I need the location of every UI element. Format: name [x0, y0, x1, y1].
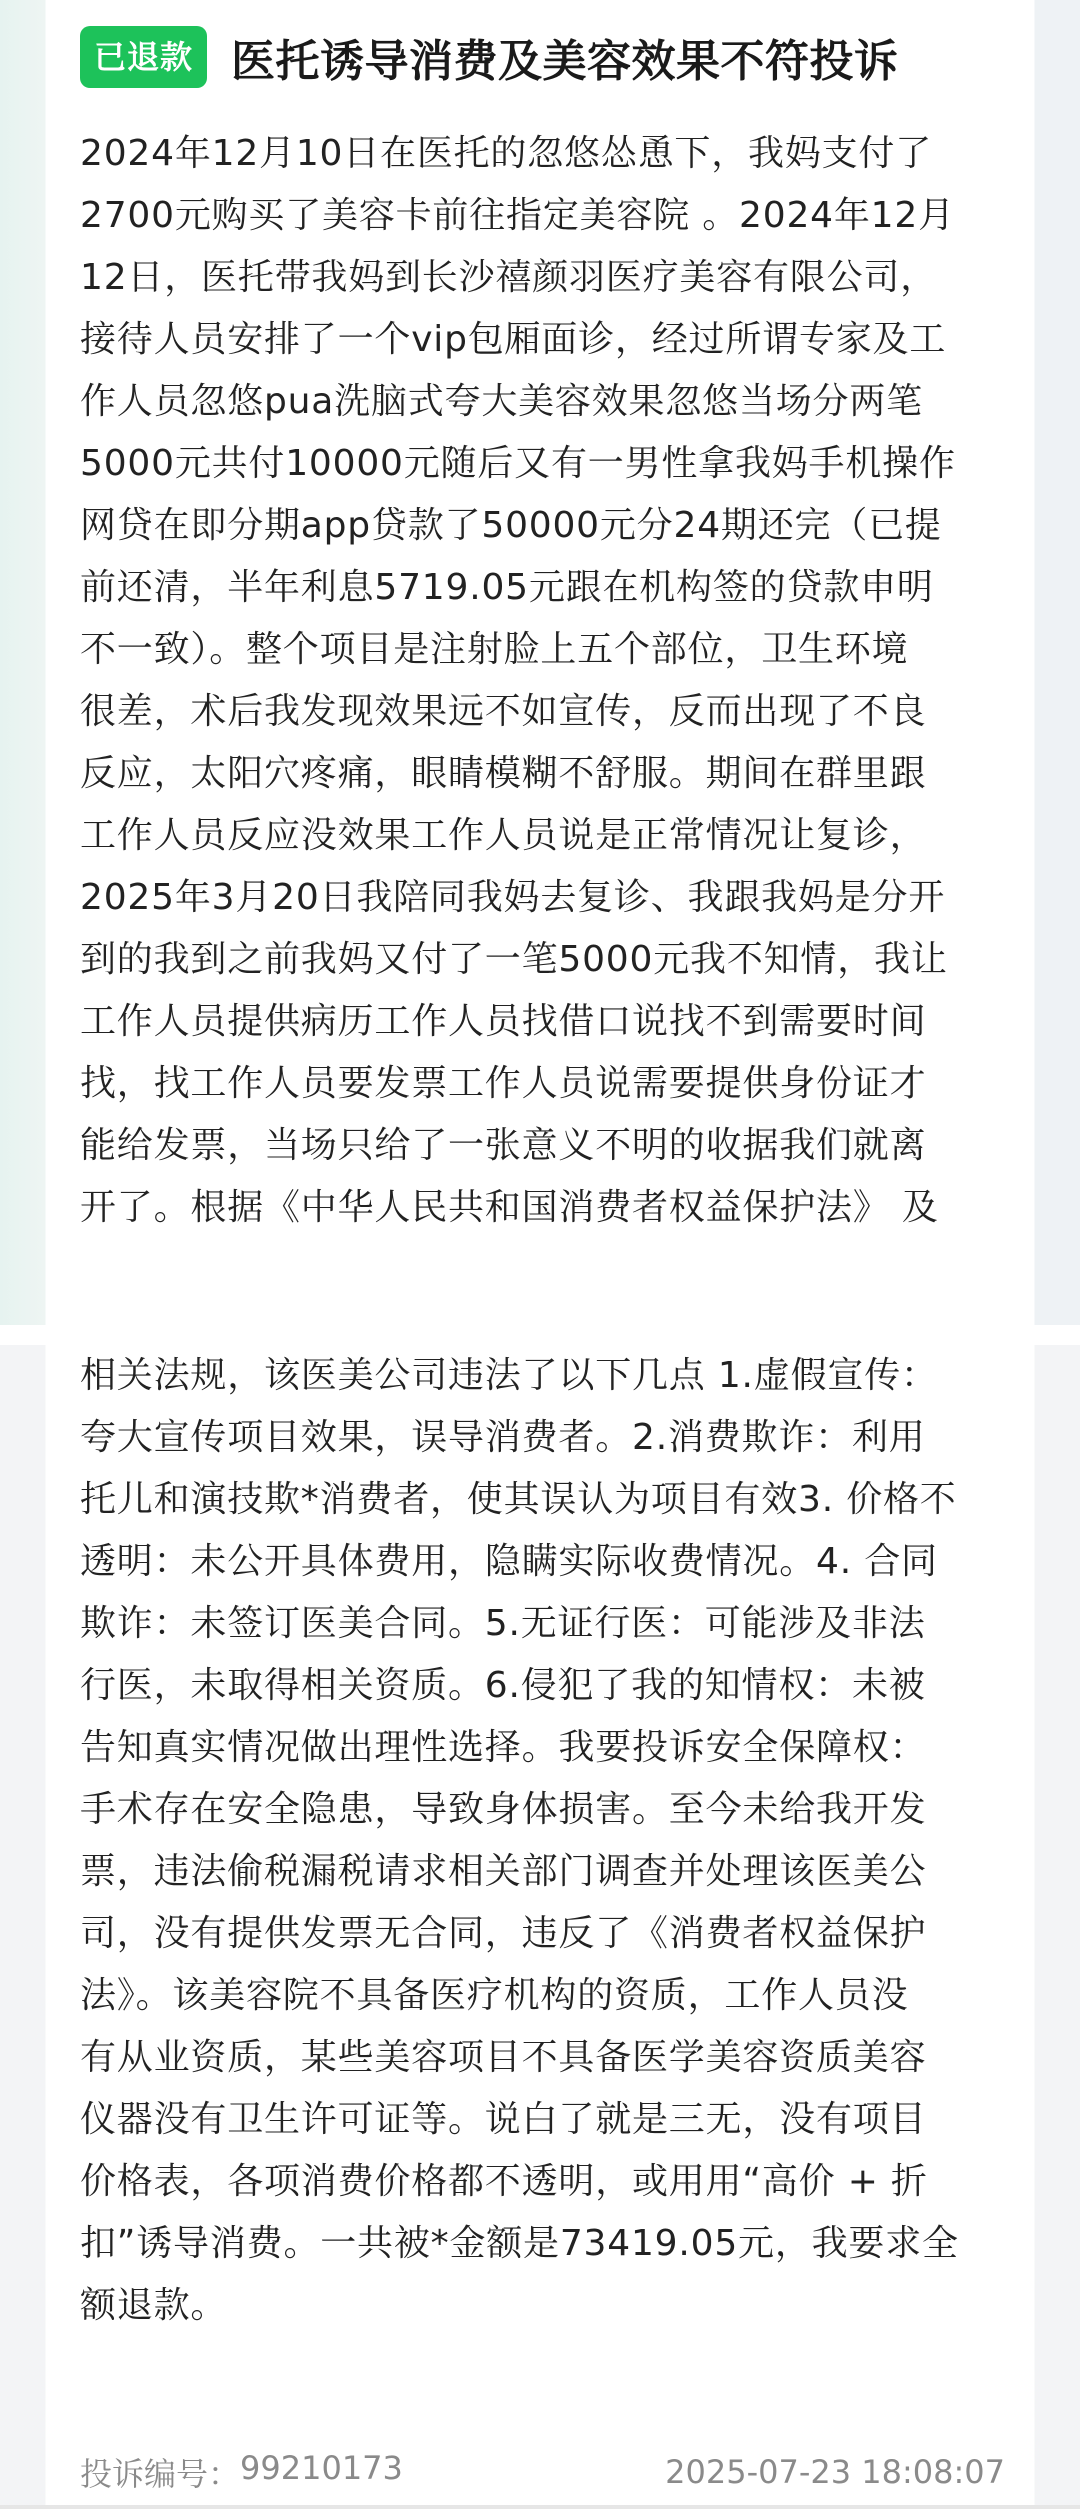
body-line: 欺诈：未签订医美合同。5.无证行医：可能涉及非法: [80, 1593, 1010, 1655]
body-line: 有从业资质，某些美容项目不具备医学美容资质美容: [80, 2027, 1010, 2089]
body-line: 行医，未取得相关资质。6.侵犯了我的知情权：未被: [80, 1655, 1010, 1717]
complaint-footer: 投诉编号： 99210173 2025-07-23 18:08:07: [80, 2452, 1005, 2492]
body-line: 额退款。: [80, 2275, 1010, 2337]
body-line: 托儿和演技欺*消费者，使其误认为项目有效3. 价格不: [80, 1469, 1010, 1531]
body-line: 手术存在安全隐患，导致身体损害。至今未给我开发: [80, 1779, 1010, 1841]
body-line: 2025年3月20日我陪同我妈去复诊、我跟我妈是分开: [80, 867, 1010, 929]
body-line: 能给发票，当场只给了一张意义不明的收据我们就离: [80, 1115, 1010, 1177]
body-line: 2700元购买了美容卡前往指定美容院 。2024年12月: [80, 185, 1010, 247]
body-line: 相关法规，该医美公司违法了以下几点 1.虚假宣传：: [80, 1345, 1010, 1407]
body-line: 反应，太阳穴疼痛，眼睛模糊不舒服。期间在群里跟: [80, 743, 1010, 805]
complaint-body-part1: 2024年12月10日在医托的忽悠怂恿下，我妈支付了 2700元购买了美容卡前往…: [80, 123, 1010, 1239]
body-line: 到的我到之前我妈又付了一笔5000元我不知情，我让: [80, 929, 1010, 991]
body-line: 司，没有提供发票无合同，违反了《消费者权益保护: [80, 1903, 1010, 1965]
body-line: 透明：未公开具体费用，隐瞒实际收费情况。4. 合同: [80, 1531, 1010, 1593]
body-line: 夸大宣传项目效果，误导消费者。2.消费欺诈：利用: [80, 1407, 1010, 1469]
body-line: 工作人员反应没效果工作人员说是正常情况让复诊，: [80, 805, 1010, 867]
body-line: 很差，术后我发现效果远不如宣传，反而出现了不良: [80, 681, 1010, 743]
bottom-divider: [0, 2505, 1080, 2509]
complaint-header: 已退款 医托诱导消费及美容效果不符投诉: [80, 26, 1010, 88]
body-line: 作人员忽悠pua洗脑式夸大美容效果忽悠当场分两笔: [80, 371, 1010, 433]
body-line: 2024年12月10日在医托的忽悠怂恿下，我妈支付了: [80, 123, 1010, 185]
body-line: 票，违法偷税漏税请求相关部门调查并处理该医美公: [80, 1841, 1010, 1903]
body-line: 找，找工作人员要发票工作人员说需要提供身份证才: [80, 1053, 1010, 1115]
body-line: 扣”诱导消费。一共被*金额是73419.05元，我要求全: [80, 2213, 1010, 2275]
complaint-body-part2: 相关法规，该医美公司违法了以下几点 1.虚假宣传： 夸大宣传项目效果，误导消费者…: [80, 1345, 1010, 2337]
complaint-timestamp: 2025-07-23 18:08:07: [665, 2453, 1005, 2491]
complaint-id-value: 99210173: [240, 2449, 403, 2495]
body-line: 开了。根据《中华人民共和国消费者权益保护法》 及: [80, 1177, 1010, 1239]
body-line: 不一致）。整个项目是注射脸上五个部位，卫生环境: [80, 619, 1010, 681]
body-line: 工作人员提供病历工作人员找借口说找不到需要时间: [80, 991, 1010, 1053]
body-line: 告知真实情况做出理性选择。我要投诉安全保障权：: [80, 1717, 1010, 1779]
complaint-title: 医托诱导消费及美容效果不符投诉: [231, 25, 899, 89]
body-line: 前还清，半年利息5719.05元跟在机构签的贷款申明: [80, 557, 1010, 619]
body-line: 价格表，各项消费价格都不透明，或用用“高价 + 折: [80, 2151, 1010, 2213]
complaint-id-label: 投诉编号：: [80, 2449, 240, 2495]
status-badge: 已退款: [80, 26, 207, 88]
stitch-gap: [0, 1325, 1080, 1345]
body-line: 12日，医托带我妈到长沙禧颜羽医疗美容有限公司，: [80, 247, 1010, 309]
complaint-id: 投诉编号： 99210173: [80, 2449, 403, 2495]
body-line: 法》。该美容院不具备医疗机构的资质，工作人员没: [80, 1965, 1010, 2027]
body-line: 5000元共付10000元随后又有一男性拿我妈手机操作: [80, 433, 1010, 495]
body-line: 接待人员安排了一个vip包厢面诊，经过所谓专家及工: [80, 309, 1010, 371]
body-line: 仪器没有卫生许可证等。说白了就是三无，没有项目: [80, 2089, 1010, 2151]
body-line: 网贷在即分期app贷款了50000元分24期还完（已提: [80, 495, 1010, 557]
